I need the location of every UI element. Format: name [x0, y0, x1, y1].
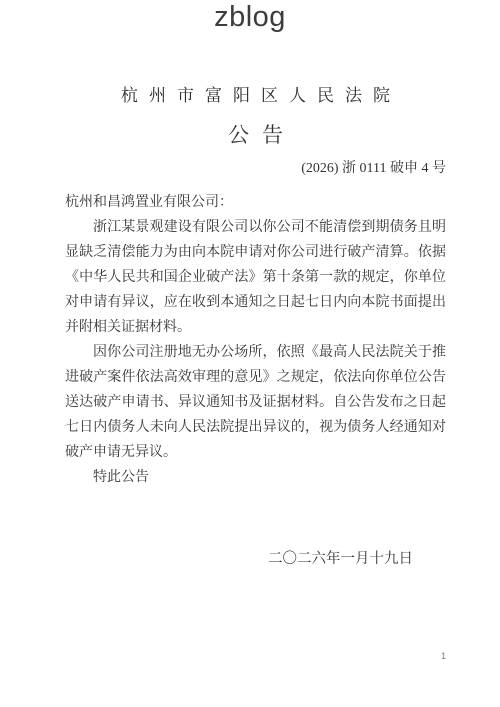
addressee: 杭州和昌鸿置业有限公司： [65, 190, 446, 215]
page-number: 1 [441, 650, 446, 662]
court-name: 杭州市富阳区人民法院 [65, 86, 446, 106]
site-title-link[interactable]: zblog [214, 2, 286, 32]
notice-date: 二〇二六年一月十九日 [65, 547, 446, 572]
notice-paragraph: 浙江某景观建设有限公司以你公司不能清偿到期债务且明显缺乏清偿能力为由向本院申请对… [65, 215, 446, 340]
court-notice-document: 杭州市富阳区人民法院 公告 (2026) 浙 0111 破申 4 号 杭州和昌鸿… [65, 86, 446, 572]
notice-paragraph: 因你公司注册地无办公场所，依照《最高人民法院关于推进破产案件依法高效审理的意见》… [65, 340, 446, 465]
closing-statement: 特此公告 [65, 465, 446, 490]
site-header: zblog [0, 0, 500, 32]
notice-title: 公告 [65, 122, 446, 148]
notice-body: 杭州和昌鸿置业有限公司： 浙江某景观建设有限公司以你公司不能清偿到期债务且明显缺… [65, 190, 446, 490]
case-number: (2026) 浙 0111 破申 4 号 [65, 160, 446, 178]
page: zblog 杭州市富阳区人民法院 公告 (2026) 浙 0111 破申 4 号… [0, 0, 500, 707]
